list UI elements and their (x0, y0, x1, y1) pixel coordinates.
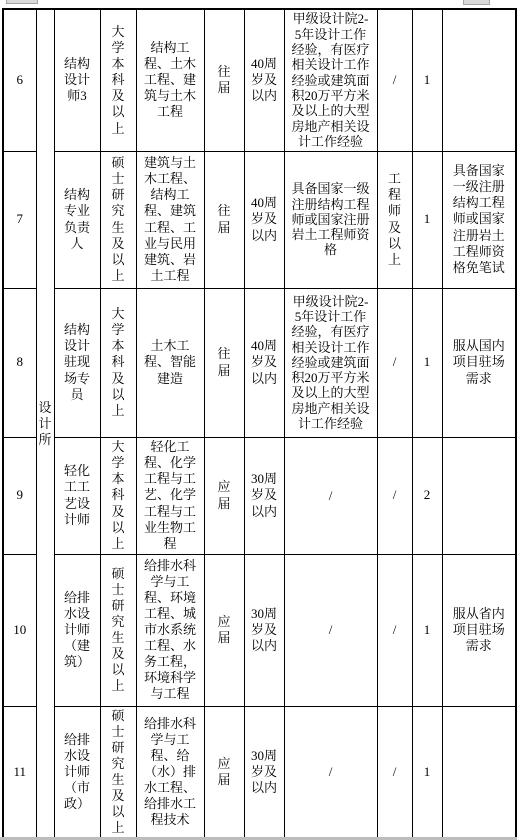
title-requirement-text: / (388, 354, 402, 370)
cell-title-requirement: / (377, 437, 412, 554)
cell-age-limit: 40周岁及以内 (244, 9, 284, 151)
job-title-text: 给排水设计师（市政） (63, 732, 91, 813)
cell-education: 硕士研究生及以上 (100, 706, 136, 838)
headcount-text: 1 (414, 764, 441, 780)
cell-job-title: 结构设计驻现场专员 (54, 288, 100, 437)
document-page: 6 设计所 结构设计师3 大学本科及以上 结构工程、土木工程、建筑与土木工程 往… (0, 0, 517, 840)
age-limit-text: 30周岁及以内 (249, 748, 279, 796)
other-requirement-text: / (290, 764, 372, 779)
cell-title-requirement: / (377, 554, 412, 706)
cell-major: 建筑与土木工程、结构工程、建筑工程、工业与民用建筑、岩土工程 (136, 151, 204, 288)
cell-note: 服从省内项目驻场需求 (442, 554, 516, 706)
education-text: 大学本科及以上 (111, 439, 125, 552)
title-requirement-text: / (388, 487, 402, 503)
cell-row-number: 9 (3, 437, 36, 554)
cell-grad-status: 应届 (204, 554, 244, 706)
cell-grad-status: 应届 (204, 437, 244, 554)
cell-other-requirement: / (284, 706, 377, 838)
cell-major: 轻化工程、化学工程与工艺、化学工程与工业生物工程 (136, 437, 204, 554)
note-text: 具备国家一级注册结构工程师或国家注册岩土工程师资格免笔试 (451, 163, 507, 276)
education-text: 硕士研究生及以上 (111, 155, 125, 284)
table-row: 9 轻化工工艺设计师 大学本科及以上 轻化工程、化学工程与工艺、化学工程与工业生… (3, 437, 516, 554)
cell-note (442, 706, 516, 838)
cell-other-requirement: / (284, 437, 377, 554)
cell-other-requirement: 具备国家一级注册结构工程师或国家注册岩土工程师资格 (284, 151, 377, 288)
table-row: 11 给排水设计师（市政） 硕士研究生及以上 给排水科学与工程、给（水）排水工程… (3, 706, 516, 838)
headcount-text: 1 (414, 211, 441, 227)
cell-age-limit: 30周岁及以内 (244, 437, 284, 554)
cell-major: 给排水科学与工程、给（水）排水工程、给排水工程技术 (136, 706, 204, 838)
cell-title-requirement: / (377, 9, 412, 151)
cell-note: 具备国家一级注册结构工程师或国家注册岩土工程师资格免笔试 (442, 151, 516, 288)
cell-title-requirement: / (377, 288, 412, 437)
cell-age-limit: 40周岁及以内 (244, 151, 284, 288)
table-row: 10 给排水设计师（建筑） 硕士研究生及以上 给排水科学与工程、环境工程、城市水… (3, 554, 516, 706)
cell-education: 硕士研究生及以上 (100, 151, 136, 288)
title-requirement-text: / (388, 622, 402, 638)
job-title-text: 结构专业负责人 (63, 187, 91, 251)
grad-status-text: 往届 (217, 203, 231, 235)
other-requirement-text: 甲级设计院2-5年设计工作经验，有医疗相关设计工作经验或建筑面积20万平方米及以… (290, 11, 372, 149)
major-text: 给排水科学与工程、给（水）排水工程、给排水工程技术 (140, 716, 200, 829)
other-requirement-text: 甲级设计院2-5年设计工作经验，有医疗相关设计工作经验或建筑面积20万平方米及以… (290, 294, 372, 432)
cell-grad-status: 往届 (204, 151, 244, 288)
headcount-text: 1 (414, 354, 441, 370)
cell-note (442, 437, 516, 554)
cell-grad-status: 应届 (204, 706, 244, 838)
cell-education: 大学本科及以上 (100, 9, 136, 151)
grad-status-text: 往届 (217, 346, 231, 378)
grad-status-text: 应届 (217, 614, 231, 646)
cell-row-number: 7 (3, 151, 36, 288)
cell-major: 结构工程、土木工程、建筑与土木工程 (136, 9, 204, 151)
job-title-text: 结构设计驻现场专员 (63, 322, 91, 403)
cell-job-title: 轻化工工艺设计师 (54, 437, 100, 554)
education-text: 硕士研究生及以上 (111, 566, 125, 695)
cell-headcount: 1 (412, 288, 442, 437)
education-text: 硕士研究生及以上 (111, 708, 125, 837)
cell-age-limit: 30周岁及以内 (244, 554, 284, 706)
cell-other-requirement: / (284, 554, 377, 706)
cell-headcount: 2 (412, 437, 442, 554)
cell-education: 大学本科及以上 (100, 437, 136, 554)
other-requirement-text: 具备国家一级注册结构工程师或国家注册岩土工程师资格 (290, 181, 372, 258)
cell-major: 给排水科学与工程、环境工程、城市水系统工程、水务工程，环境科学与工程 (136, 554, 204, 706)
row-number-text: 10 (5, 622, 35, 638)
table-row: 6 设计所 结构设计师3 大学本科及以上 结构工程、土木工程、建筑与土木工程 往… (3, 9, 516, 151)
major-text: 给排水科学与工程、环境工程、城市水系统工程、水务工程，环境科学与工程 (140, 558, 200, 703)
note-text: 服从国内项目驻场需求 (451, 338, 507, 386)
cell-department: 设计所 (36, 9, 54, 838)
row-number-text: 8 (5, 354, 35, 370)
cell-job-title: 给排水设计师（市政） (54, 706, 100, 838)
major-text: 结构工程、土木工程、建筑与土木工程 (140, 40, 200, 121)
major-text: 土木工程、智能建造 (140, 338, 200, 386)
age-limit-text: 30周岁及以内 (249, 471, 279, 519)
cell-job-title: 结构专业负责人 (54, 151, 100, 288)
age-limit-text: 30周岁及以内 (249, 606, 279, 654)
table-edge-artifact-left (6, 0, 38, 4)
cell-grad-status: 往届 (204, 288, 244, 437)
headcount-text: 1 (414, 72, 441, 88)
cell-age-limit: 30周岁及以内 (244, 706, 284, 838)
recruitment-table: 6 设计所 结构设计师3 大学本科及以上 结构工程、土木工程、建筑与土木工程 往… (2, 8, 517, 839)
cell-other-requirement: 甲级设计院2-5年设计工作经验，有医疗相关设计工作经验或建筑面积20万平方米及以… (284, 288, 377, 437)
major-text: 建筑与土木工程、结构工程、建筑工程、工业与民用建筑、岩土工程 (140, 155, 200, 284)
cell-major: 土木工程、智能建造 (136, 288, 204, 437)
grad-status-text: 应届 (217, 756, 231, 788)
other-requirement-text: / (290, 622, 372, 637)
cell-headcount: 1 (412, 706, 442, 838)
cell-row-number: 6 (3, 9, 36, 151)
age-limit-text: 40周岁及以内 (249, 338, 279, 386)
row-number-text: 7 (5, 211, 35, 227)
table-row: 7 结构专业负责人 硕士研究生及以上 建筑与土木工程、结构工程、建筑工程、工业与… (3, 151, 516, 288)
cell-job-title: 结构设计师3 (54, 9, 100, 151)
other-requirement-text: / (290, 488, 372, 503)
education-text: 大学本科及以上 (111, 24, 125, 137)
department-text: 设计所 (38, 400, 52, 448)
cell-job-title: 给排水设计师（建筑） (54, 554, 100, 706)
age-limit-text: 40周岁及以内 (249, 56, 279, 104)
job-title-text: 结构设计师3 (63, 56, 91, 104)
title-requirement-text: / (388, 72, 402, 88)
cell-row-number: 10 (3, 554, 36, 706)
major-text: 轻化工程、化学工程与工艺、化学工程与工业生物工程 (140, 439, 200, 552)
job-title-text: 轻化工工艺设计师 (63, 463, 91, 527)
cell-headcount: 1 (412, 9, 442, 151)
education-text: 大学本科及以上 (111, 306, 125, 419)
row-number-text: 11 (5, 764, 35, 780)
row-number-text: 9 (5, 487, 35, 503)
cell-other-requirement: 甲级设计院2-5年设计工作经验，有医疗相关设计工作经验或建筑面积20万平方米及以… (284, 9, 377, 151)
cell-row-number: 11 (3, 706, 36, 838)
cell-title-requirement: / (377, 706, 412, 838)
cell-education: 硕士研究生及以上 (100, 554, 136, 706)
grad-status-text: 往届 (217, 64, 231, 96)
cell-title-requirement: 工程师及以上 (377, 151, 412, 288)
cell-headcount: 1 (412, 554, 442, 706)
cell-note (442, 9, 516, 151)
age-limit-text: 40周岁及以内 (249, 195, 279, 243)
cell-age-limit: 40周岁及以内 (244, 288, 284, 437)
cell-row-number: 8 (3, 288, 36, 437)
row-number-text: 6 (5, 72, 35, 88)
headcount-text: 2 (414, 487, 441, 503)
title-requirement-text: / (388, 764, 402, 780)
cell-grad-status: 往届 (204, 9, 244, 151)
headcount-text: 1 (414, 622, 441, 638)
job-title-text: 给排水设计师（建筑） (63, 590, 91, 671)
table-edge-artifact-right (463, 0, 490, 5)
cell-headcount: 1 (412, 151, 442, 288)
grad-status-text: 应届 (217, 479, 231, 511)
cell-education: 大学本科及以上 (100, 288, 136, 437)
note-text: 服从省内项目驻场需求 (451, 606, 507, 654)
title-requirement-text: 工程师及以上 (388, 171, 402, 268)
table-row: 8 结构设计驻现场专员 大学本科及以上 土木工程、智能建造 往届 40周岁及以内… (3, 288, 516, 437)
cell-note: 服从国内项目驻场需求 (442, 288, 516, 437)
